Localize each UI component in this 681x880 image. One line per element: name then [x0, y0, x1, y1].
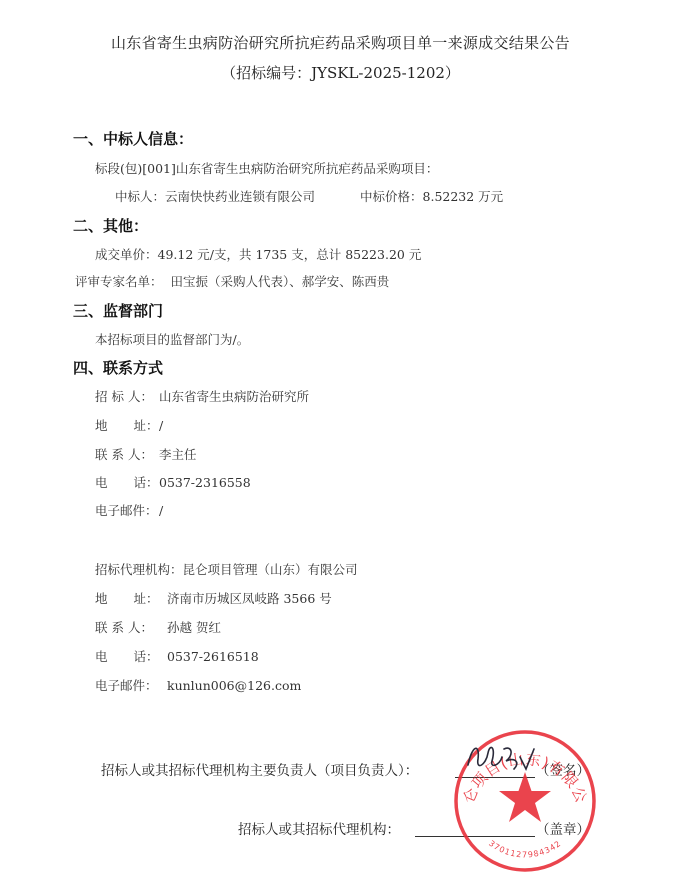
- winner-row: 中标人：云南快快药业连锁有限公司: [115, 187, 315, 205]
- winner-value: 云南快快药业连锁有限公司: [165, 189, 315, 204]
- deal-price-line: 成交单价：49.12 元/支，共 1735 支，总计 85223.20 元: [95, 245, 421, 263]
- agency-name-value: 昆仑项目管理（山东）有限公司: [183, 562, 358, 577]
- purchaser-email-label: 电子邮件：: [95, 501, 159, 519]
- purchaser-phone-label: 电话：: [95, 473, 159, 491]
- purchaser-contact-label: 联 系 人：: [95, 445, 159, 463]
- agency-address-row: 地址：济南市历城区凤岐路 3566 号: [95, 589, 332, 607]
- agency-name-label: 招标代理机构：: [95, 562, 183, 577]
- section-heading-other: 二、其他：: [73, 215, 148, 236]
- price-value: 8.52232 万元: [423, 189, 504, 204]
- document-page: 山东省寄生虫病防治研究所抗疟药品采购项目单一来源成交结果公告 （招标编号：JYS…: [0, 0, 681, 880]
- agency-contact-label: 联 系 人：: [95, 618, 167, 636]
- lot-line: 标段(包)[001]山东省寄生虫病防治研究所抗疟药品采购项目：: [95, 159, 438, 177]
- document-title: 山东省寄生虫病防治研究所抗疟药品采购项目单一来源成交结果公告: [0, 32, 681, 53]
- agency-seal-label: 招标人或其招标代理机构：: [238, 818, 400, 838]
- purchaser-email-value: /: [159, 503, 163, 518]
- agency-contact-value: 孙越 贺红: [167, 620, 221, 635]
- purchaser-email-row: 电子邮件：/: [95, 501, 163, 519]
- purchaser-contact-value: 李主任: [159, 447, 197, 462]
- purchaser-contact-row: 联 系 人：李主任: [95, 445, 197, 463]
- purchaser-address-label: 地址：: [95, 416, 159, 434]
- purchaser-name-value: 山东省寄生虫病防治研究所: [159, 389, 309, 404]
- agency-contact-row: 联 系 人：孙越 贺红: [95, 618, 221, 636]
- agency-email-value: kunlun006@126.com: [167, 678, 301, 693]
- responsible-label: 招标人或其招标代理机构主要负责人（项目负责人）：: [101, 759, 418, 779]
- star-icon: [499, 772, 551, 822]
- agency-address-label: 地址：: [95, 589, 167, 607]
- tender-number: （招标编号：JYSKL-2025-1202）: [0, 62, 681, 83]
- agency-phone-label: 电话：: [95, 647, 167, 665]
- price-row: 中标价格：8.52232 万元: [360, 187, 503, 205]
- agency-email-row: 电子邮件：kunlun006@126.com: [95, 676, 301, 694]
- purchaser-address-row: 地址：/: [95, 416, 163, 434]
- agency-phone-value: 0537-2616518: [167, 649, 259, 664]
- section-heading-winner-info: 一、中标人信息：: [73, 128, 193, 149]
- price-label: 中标价格：: [360, 189, 423, 204]
- purchaser-phone-value: 0537-2316558: [159, 475, 251, 490]
- experts-label: 评审专家名单：: [75, 274, 163, 289]
- section-heading-supervision: 三、监督部门: [73, 300, 163, 321]
- agency-address-value: 济南市历城区凤岐路 3566 号: [167, 591, 332, 606]
- supervision-text: 本招标项目的监督部门为/。: [95, 330, 249, 348]
- purchaser-phone-row: 电话：0537-2316558: [95, 473, 251, 491]
- section-heading-contact: 四、联系方式: [73, 357, 163, 378]
- experts-value: 田宝振（采购人代表）、郝学安、陈西贵: [170, 274, 389, 289]
- agency-email-label: 电子邮件：: [95, 676, 167, 694]
- purchaser-name-label: 招 标 人：: [95, 387, 159, 405]
- winner-label: 中标人：: [115, 189, 165, 204]
- svg-text:3701127984342: 3701127984342: [487, 839, 563, 860]
- agency-phone-row: 电话：0537-2616518: [95, 647, 259, 665]
- purchaser-name-row: 招 标 人：山东省寄生虫病防治研究所: [95, 387, 309, 405]
- purchaser-address-value: /: [159, 418, 163, 433]
- agency-name-row: 招标代理机构：昆仑项目管理（山东）有限公司: [95, 560, 358, 578]
- handwritten-signature: [460, 735, 540, 777]
- experts-row: 评审专家名单： 田宝振（采购人代表）、郝学安、陈西贵: [75, 272, 389, 290]
